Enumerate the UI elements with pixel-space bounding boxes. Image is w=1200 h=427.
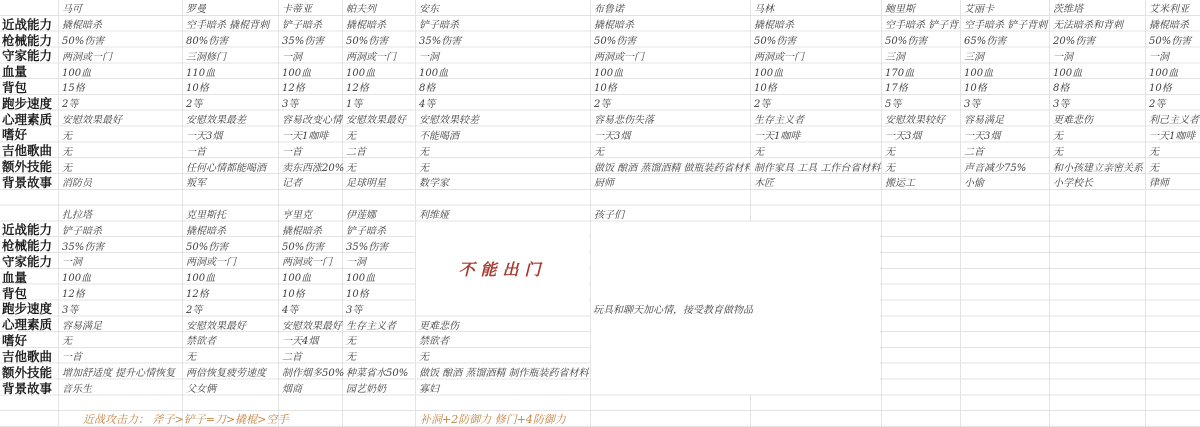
cell[interactable]: 二首 xyxy=(960,143,1049,158)
cell[interactable]: 50%伤害 xyxy=(750,32,881,47)
cell[interactable]: 空手暗杀 铲子背刺 xyxy=(960,16,1049,31)
cell[interactable]: 容易满足 xyxy=(58,317,182,332)
cell[interactable]: 10格 xyxy=(278,285,342,300)
cell[interactable]: 3等 xyxy=(1049,95,1145,110)
table-row: 心理素质 安慰效果最好 安慰效果最差 容易改变心情 安慰效果最好 安慰效果较差 … xyxy=(0,111,1200,127)
cell[interactable]: 父女俩 xyxy=(182,380,278,395)
cell[interactable]: 3等 xyxy=(278,95,342,110)
cell[interactable]: 无 xyxy=(58,332,182,347)
cell[interactable]: 容易满足 xyxy=(960,111,1049,126)
table-row: 心理素质 容易满足 安慰效果最好 安慰效果最好 生存主义者 更难悲伤 xyxy=(0,316,1200,332)
cell[interactable]: 100血 xyxy=(1145,64,1200,79)
cell[interactable]: 安慰效果最好 xyxy=(342,111,415,126)
cell[interactable]: 170血 xyxy=(881,64,960,79)
cell[interactable]: 禁欲者 xyxy=(182,332,278,347)
cell[interactable]: 一洞 xyxy=(1145,48,1200,63)
cell[interactable]: 110血 xyxy=(182,64,278,79)
cell[interactable]: 卖东西涨20% xyxy=(278,159,342,174)
cell[interactable]: 两洞或一门 xyxy=(590,48,750,63)
footnote-defense[interactable]: 补洞+2防御力 修门+4防御力 xyxy=(420,411,566,427)
footnote-row: 近战攻击力： 斧子>铲子=刀>撬棍>空手 补洞+2防御力 修门+4防御力 xyxy=(0,411,1200,427)
table-row: 吉他歌曲 无 一首 一首 二首 无 无 无 无 二首 无 无 xyxy=(0,142,1200,158)
cell[interactable]: 35%伤害 xyxy=(278,32,342,47)
cell[interactable]: 生存主义者 xyxy=(750,111,881,126)
table-row: 血量 100血 100血 100血 100血 xyxy=(0,269,1200,285)
table-row: 血量 100血 110血 100血 100血 100血 100血 100血 17… xyxy=(0,63,1200,79)
cell[interactable]: 一洞 xyxy=(278,48,342,63)
cell[interactable]: 生存主义者 xyxy=(342,317,415,332)
cell[interactable]: 12格 xyxy=(342,79,415,94)
cell[interactable]: 小学校长 xyxy=(1049,174,1145,189)
cell[interactable]: 铲子暗杀 xyxy=(342,222,415,237)
cell[interactable]: 一天3烟 xyxy=(881,127,960,142)
cell[interactable]: 8格 xyxy=(415,79,590,94)
cell[interactable]: 一首 xyxy=(182,143,278,158)
cell[interactable]: 100血 xyxy=(960,64,1049,79)
character-name[interactable]: 罗曼 xyxy=(182,0,278,15)
character-name[interactable]: 克里斯托 xyxy=(182,206,278,221)
cell[interactable]: 容易改变心情 xyxy=(278,111,342,126)
cell[interactable]: 2等 xyxy=(750,95,881,110)
cell[interactable]: 增加舒适度 提升心情恢复 xyxy=(58,364,182,379)
cell[interactable]: 一天1咖啡 xyxy=(1145,127,1200,142)
character-name[interactable]: 安东 xyxy=(415,0,590,15)
cell[interactable]: 音乐生 xyxy=(58,380,182,395)
character-name[interactable]: 布鲁诺 xyxy=(590,0,750,15)
cell[interactable]: 铲子暗杀 xyxy=(415,16,590,31)
cell[interactable]: 3等 xyxy=(960,95,1049,110)
cell[interactable]: 12格 xyxy=(278,79,342,94)
cell[interactable]: 消防员 xyxy=(58,174,182,189)
table-row: 近战能力 撬棍暗杀 空手暗杀 撬棍背刺 铲子暗杀 撬棍暗杀 铲子暗杀 撬棍暗杀 … xyxy=(0,16,1200,32)
cell[interactable]: 安慰效果最差 xyxy=(182,111,278,126)
cell[interactable]: 禁欲者 xyxy=(415,332,590,347)
table-row: 嗜好 无 禁欲者 一天4烟 无 禁欲者 xyxy=(0,332,1200,348)
cell[interactable]: 制作家具 工具 工作台省材料 xyxy=(750,159,881,174)
cell[interactable]: 2等 xyxy=(182,95,278,110)
cell[interactable]: 一天1咖啡 xyxy=(750,127,881,142)
cell[interactable]: 撬棍暗杀 xyxy=(58,16,182,31)
cell[interactable]: 8格 xyxy=(1049,79,1145,94)
cell[interactable]: 100血 xyxy=(342,64,415,79)
cell[interactable]: 无 xyxy=(881,143,960,158)
cell[interactable]: 100血 xyxy=(1049,64,1145,79)
table-row: 背景故事 音乐生 父女俩 烟商 园艺奶奶 寡妇 xyxy=(0,380,1200,396)
cell[interactable]: 撬棍暗杀 xyxy=(278,222,342,237)
cell[interactable]: 3等 xyxy=(342,301,415,316)
spreadsheet: 不能出门 玩具和聊天加心情，接受教育做物品 马可 罗曼 卡蒂亚 帕夫列 安东 布… xyxy=(0,0,1200,427)
character-name[interactable]: 扎拉塔 xyxy=(58,206,182,221)
cell[interactable]: 50%伤害 xyxy=(58,32,182,47)
cell[interactable]: 65%伤害 xyxy=(960,32,1049,47)
cell[interactable]: 20%伤害 xyxy=(1049,32,1145,47)
cell[interactable]: 50%伤害 xyxy=(182,238,278,253)
cell[interactable]: 12格 xyxy=(58,285,182,300)
cell[interactable]: 无 xyxy=(342,127,415,142)
cell[interactable]: 安慰效果较差 xyxy=(415,111,590,126)
character-name[interactable]: 帕夫列 xyxy=(342,0,415,15)
table-row: 额外技能 增加舒适度 提升心情恢复 两倍恢复疲劳速度 制作烟多50% 种菜省水5… xyxy=(0,364,1200,380)
cell[interactable]: 两洞或一门 xyxy=(182,253,278,268)
character-name[interactable]: 卡蒂亚 xyxy=(278,0,342,15)
table-row: 跑步速度 3等 2等 4等 3等 xyxy=(0,301,1200,317)
cell[interactable]: 4等 xyxy=(278,301,342,316)
cell[interactable]: 二首 xyxy=(342,143,415,158)
cell[interactable]: 安慰效果最好 xyxy=(278,317,342,332)
cell[interactable]: 17格 xyxy=(881,79,960,94)
cell[interactable]: 制作烟多50% xyxy=(278,364,342,379)
cell[interactable]: 100血 xyxy=(750,64,881,79)
cell[interactable]: 无 xyxy=(415,348,590,363)
cell[interactable]: 80%伤害 xyxy=(182,32,278,47)
cell[interactable]: 无 xyxy=(58,159,182,174)
cell[interactable]: 50%伤害 xyxy=(342,32,415,47)
table-row: 守家能力 一洞 两洞或一门 两洞或一门 一洞 xyxy=(0,253,1200,269)
table-row: 背包 12格 12格 10格 10格 xyxy=(0,285,1200,301)
cell[interactable]: 撬棍暗杀 xyxy=(590,16,750,31)
cell[interactable]: 100血 xyxy=(342,269,415,284)
cell[interactable]: 声音减少75% xyxy=(960,159,1049,174)
cell[interactable]: 50%伤害 xyxy=(590,32,750,47)
cell[interactable]: 35%伤害 xyxy=(415,32,590,47)
cell[interactable]: 一天3烟 xyxy=(182,127,278,142)
character-name[interactable]: 茨维塔 xyxy=(1049,0,1145,15)
cell[interactable]: 3等 xyxy=(58,301,182,316)
row-label[interactable]: 背景故事 xyxy=(0,379,58,397)
cell[interactable]: 种菜省水50% xyxy=(342,364,415,379)
cell[interactable]: 50%伤害 xyxy=(881,32,960,47)
cell[interactable]: 三洞修门 xyxy=(182,48,278,63)
table-row: 额外技能 无 任何心情都能喝酒 卖东西涨20% 无 无 做饭 酿酒 蒸馏酒精 做… xyxy=(0,158,1200,174)
cell[interactable]: 两洞或一门 xyxy=(278,253,342,268)
cell[interactable]: 烟商 xyxy=(278,380,342,395)
cell[interactable]: 无 xyxy=(590,143,750,158)
cell[interactable]: 无法暗杀和背刺 xyxy=(1049,16,1145,31)
cell[interactable]: 厨师 xyxy=(590,174,750,189)
cell[interactable]: 无 xyxy=(1145,159,1200,174)
cell[interactable]: 两倍恢复疲劳速度 xyxy=(182,364,278,379)
character-name[interactable]: 鲍里斯 xyxy=(881,0,960,15)
cell[interactable]: 100血 xyxy=(58,64,182,79)
cell[interactable]: 10格 xyxy=(182,79,278,94)
cell[interactable]: 一洞 xyxy=(58,253,182,268)
cell[interactable]: 和小孩建立亲密关系 xyxy=(1049,159,1145,174)
cell[interactable]: 安慰效果最好 xyxy=(58,111,182,126)
character-name[interactable]: 孩子们 xyxy=(590,206,750,221)
character-name[interactable]: 艾米利亚 xyxy=(1145,0,1200,15)
cell[interactable]: 安慰效果较好 xyxy=(881,111,960,126)
cell[interactable]: 无 xyxy=(342,159,415,174)
cell[interactable]: 12格 xyxy=(182,285,278,300)
cell[interactable]: 5等 xyxy=(881,95,960,110)
cell[interactable]: 10格 xyxy=(590,79,750,94)
character-name[interactable]: 马林 xyxy=(750,0,881,15)
cell[interactable]: 无 xyxy=(1049,127,1145,142)
table-row: 背包 15格 10格 12格 12格 8格 10格 10格 17格 10格 8格… xyxy=(0,79,1200,95)
cell[interactable]: 1等 xyxy=(342,95,415,110)
cell[interactable]: 无 xyxy=(881,159,960,174)
cell[interactable]: 叛军 xyxy=(182,174,278,189)
cell[interactable]: 撬棍暗杀 xyxy=(1145,16,1200,31)
table-row: 枪械能力 50%伤害 80%伤害 35%伤害 50%伤害 35%伤害 50%伤害… xyxy=(0,32,1200,48)
cell[interactable]: 无 xyxy=(750,143,881,158)
cell[interactable]: 容易悲伤失落 xyxy=(590,111,750,126)
cell[interactable]: 无 xyxy=(415,159,590,174)
cell[interactable]: 利己主义者 xyxy=(1145,111,1200,126)
cell[interactable]: 一洞 xyxy=(342,253,415,268)
table-row: 近战能力 铲子暗杀 撬棍暗杀 撬棍暗杀 铲子暗杀 xyxy=(0,221,1200,237)
header-row-block2: 扎拉塔 克里斯托 亨里克 伊莲娜 利维娅 孩子们 xyxy=(0,206,1200,222)
character-name[interactable]: 艾丽卡 xyxy=(960,0,1049,15)
cell[interactable]: 任何心情都能喝酒 xyxy=(182,159,278,174)
cell[interactable]: 35%伤害 xyxy=(342,238,415,253)
cell[interactable]: 10格 xyxy=(960,79,1049,94)
cell[interactable]: 100血 xyxy=(58,269,182,284)
cell[interactable]: 2等 xyxy=(1145,95,1200,110)
cell[interactable]: 空手暗杀 撬棍背刺 xyxy=(182,16,278,31)
character-name[interactable]: 马可 xyxy=(58,0,182,15)
cell[interactable]: 无 xyxy=(58,127,182,142)
cell[interactable]: 100血 xyxy=(182,269,278,284)
cell[interactable]: 一天1咖啡 xyxy=(278,127,342,142)
character-name[interactable]: 伊莲娜 xyxy=(342,206,415,221)
table-row: 嗜好 无 一天3烟 一天1咖啡 无 不能喝酒 一天3烟 一天1咖啡 一天3烟 一… xyxy=(0,127,1200,143)
cell[interactable]: 无 xyxy=(58,143,182,158)
cell[interactable]: 一首 xyxy=(58,348,182,363)
cell[interactable]: 撬棍暗杀 xyxy=(750,16,881,31)
character-name[interactable]: 利维娅 xyxy=(415,206,590,221)
cell[interactable]: 无 xyxy=(1049,143,1145,158)
cell[interactable]: 15格 xyxy=(58,79,182,94)
cell[interactable]: 记者 xyxy=(278,174,342,189)
cell[interactable]: 做饭 酿酒 蒸馏酒精 制作瓶装药省材料 xyxy=(415,364,590,379)
cell[interactable]: 一洞 xyxy=(415,48,590,63)
cell[interactable]: 空手暗杀 铲子背刺 xyxy=(881,16,960,31)
cell[interactable]: 2等 xyxy=(58,95,182,110)
cell[interactable]: 一天3烟 xyxy=(590,127,750,142)
cell[interactable]: 一首 xyxy=(278,143,342,158)
table-row: 跑步速度 2等 2等 3等 1等 4等 2等 2等 5等 3等 3等 2等 xyxy=(0,95,1200,111)
cell[interactable]: 100血 xyxy=(415,64,590,79)
cell[interactable]: 木匠 xyxy=(750,174,881,189)
row-label[interactable]: 背景故事 xyxy=(0,173,58,191)
cell[interactable]: 无 xyxy=(182,348,278,363)
cell[interactable]: 2等 xyxy=(590,95,750,110)
cell[interactable]: 一天4烟 xyxy=(278,332,342,347)
cell[interactable]: 数学家 xyxy=(415,174,590,189)
cell[interactable]: 一天3烟 xyxy=(960,127,1049,142)
cell[interactable]: 更难悲伤 xyxy=(1049,111,1145,126)
cell[interactable]: 小偷 xyxy=(960,174,1049,189)
cell[interactable]: 不能喝酒 xyxy=(415,127,590,142)
cell[interactable]: 50%伤害 xyxy=(278,238,342,253)
cell[interactable]: 做饭 酿酒 蒸馏酒精 做瓶装药省材料 xyxy=(590,159,750,174)
cell[interactable]: 两洞或一门 xyxy=(750,48,881,63)
cell[interactable]: 安慰效果最好 xyxy=(182,317,278,332)
cell[interactable]: 三洞 xyxy=(960,48,1049,63)
cell[interactable]: 一洞 xyxy=(1049,48,1145,63)
cell[interactable]: 无 xyxy=(342,332,415,347)
cell[interactable]: 二首 xyxy=(278,348,342,363)
cell[interactable]: 100血 xyxy=(278,269,342,284)
cell[interactable]: 4等 xyxy=(415,95,590,110)
table-row: 守家能力 两洞或一门 三洞修门 一洞 两洞或一门 一洞 两洞或一门 两洞或一门 … xyxy=(0,47,1200,63)
cell[interactable]: 无 xyxy=(342,348,415,363)
footnote-melee-power[interactable]: 近战攻击力： 斧子>铲子=刀>撬棍>空手 xyxy=(83,411,288,427)
header-row-block1: 马可 罗曼 卡蒂亚 帕夫列 安东 布鲁诺 马林 鲍里斯 艾丽卡 茨维塔 艾米利亚 xyxy=(0,0,1200,16)
cell[interactable]: 搬运工 xyxy=(881,174,960,189)
cell[interactable]: 三洞 xyxy=(881,48,960,63)
cell[interactable]: 两洞或一门 xyxy=(342,48,415,63)
cell[interactable]: 无 xyxy=(415,143,590,158)
cell[interactable]: 律师 xyxy=(1145,174,1200,189)
table-row: 吉他歌曲 一首 无 二首 无 无 xyxy=(0,348,1200,364)
cell[interactable]: 寡妇 xyxy=(415,380,590,395)
table-row: 枪械能力 35%伤害 50%伤害 50%伤害 35%伤害 xyxy=(0,237,1200,253)
table-row: 背景故事 消防员 叛军 记者 足球明星 数学家 厨师 木匠 搬运工 小偷 小学校… xyxy=(0,174,1200,190)
cell[interactable]: 35%伤害 xyxy=(58,238,182,253)
cell[interactable]: 更难悲伤 xyxy=(415,317,590,332)
cell[interactable]: 撬棍暗杀 xyxy=(342,16,415,31)
cell[interactable]: 足球明星 xyxy=(342,174,415,189)
character-name[interactable]: 亨里克 xyxy=(278,206,342,221)
cell[interactable]: 100血 xyxy=(590,64,750,79)
cell[interactable]: 10格 xyxy=(1145,79,1200,94)
cell[interactable]: 50%伤害 xyxy=(1145,32,1200,47)
cell[interactable]: 100血 xyxy=(278,64,342,79)
cell[interactable]: 2等 xyxy=(182,301,278,316)
cell[interactable]: 无 xyxy=(1145,143,1200,158)
cell[interactable]: 10格 xyxy=(342,285,415,300)
cell[interactable]: 园艺奶奶 xyxy=(342,380,415,395)
cell[interactable]: 铲子暗杀 xyxy=(278,16,342,31)
cell[interactable]: 撬棍暗杀 xyxy=(182,222,278,237)
cell[interactable]: 两洞或一门 xyxy=(58,48,182,63)
cell[interactable]: 10格 xyxy=(750,79,881,94)
cell[interactable]: 铲子暗杀 xyxy=(58,222,182,237)
